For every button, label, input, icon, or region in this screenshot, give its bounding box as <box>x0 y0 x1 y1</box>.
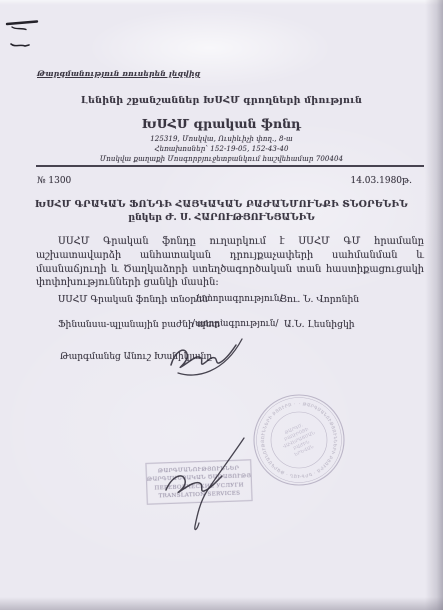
letterhead-union-line: Լենինի շքանշաններ ԽՍՀՄ գրողների միությու… <box>0 95 443 106</box>
document-date: 14.03.1980թ. <box>350 176 412 186</box>
round-notary-seal: · ԹԱՐԳՄԱՆՈՒԹՅՈՒՆՆԵՐԻ ԲՅՈՒՐՈ · ԵՐԵՎԱՆ · Թ… <box>252 393 346 487</box>
signature-placeholder: /ստորագրություն/ <box>196 294 282 304</box>
letterhead-phones: Հեռախոսներ՝ 152-19-05, 152-43-40 <box>0 145 443 153</box>
signatory-row-finance-head: Ֆինանսա-պլանային բաժնի պետ՝ /ստորագրությ… <box>0 319 443 333</box>
pen-marks <box>4 16 52 52</box>
scanned-letter-page: Թարգմանություն ռուսերեն լեզվից Լենինի շք… <box>0 0 443 610</box>
scan-edge-bottom <box>0 597 443 610</box>
scan-edge-top <box>0 0 443 5</box>
translation-note: Թարգմանություն ռուսերեն լեզվից <box>37 69 200 78</box>
recipient-line-1: ԽՍՀՄ ԳՐԱԿԱՆ ՖՈՆԴԻ ՀԱՅԿԱԿԱՆ ԲԱԺԱՆՄՈՒՆՔԻ Տ… <box>0 199 443 210</box>
signatory-name: Յու. Ն. Վորոնին <box>280 294 359 305</box>
reference-number: № 1300 <box>37 176 71 186</box>
letterhead-org-name: ԽՍՀՄ գրական ֆոնդ <box>0 116 443 131</box>
seal-center-text: ԹԱՐԳՄ. ԲՅՈՒՐՈՅԻ ՎԱՎԵՐԱՑՄԱՆ ԲԱԺԻՆ ԵՐԵՎԱՆ <box>277 420 321 461</box>
recipient-line-2: ընկեր Ժ. Ս. ՀԱՐՈՒԹՅՈՒՆՅԱՆԻՆ <box>0 212 443 223</box>
certifier-signature-ink <box>148 428 260 540</box>
signatory-row-director: ՍՍՀՄ Գրական ֆոնդի տնօրեն՝ /ստորագրությու… <box>0 294 443 308</box>
signatory-name: Ա.Ն. Լեսնիցկի <box>284 319 355 330</box>
translator-signature-ink <box>166 332 250 382</box>
letterhead-address: 125319, Մոսկվա, Ուսիևիչի փող., 8-ա <box>0 135 443 143</box>
letterhead-divider <box>36 165 424 167</box>
signatory-title: ՍՍՀՄ Գրական ֆոնդի տնօրեն՝ <box>58 294 211 305</box>
letterhead-bank-line: Մոսկվա քաղաքի Մոսգորբյուջետբանկում հաշվե… <box>0 155 443 163</box>
letter-body: ՍՍՀՄ Գրական ֆոնդը ուղարկում է ՍՍՀՄ ԳՄ հր… <box>36 235 424 290</box>
signature-placeholder: /ստորագրություն/ <box>192 319 278 329</box>
scan-edge-right <box>425 0 443 610</box>
